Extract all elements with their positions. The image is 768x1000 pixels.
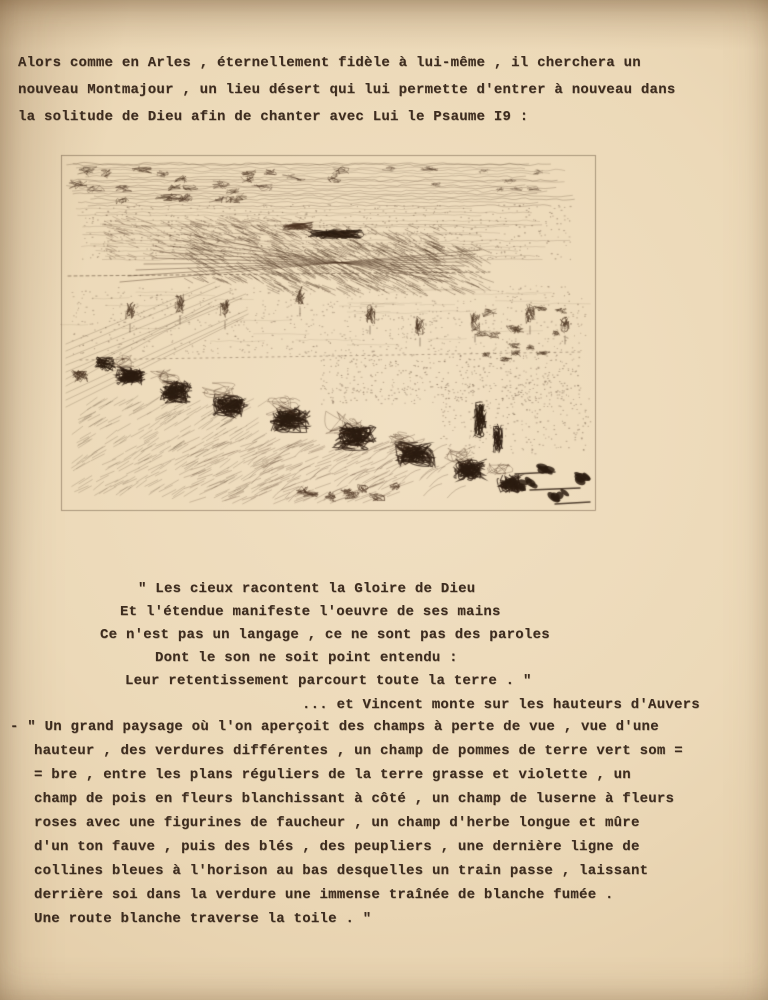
- text-line: hauteur , des verdures différentes , un …: [34, 739, 683, 763]
- text-line: " Les cieux racontent la Gloire de Dieu: [138, 578, 550, 601]
- etching-canvas: [60, 154, 597, 512]
- paragraph-letter-quote: - " Un grand paysage où l'on aperçoit de…: [10, 715, 683, 931]
- text-line: Leur retentissement parcourt toute la te…: [125, 670, 550, 693]
- text-line: champ de pois en fleurs blanchissant à c…: [34, 787, 683, 811]
- text-line: Dont le son ne soit point entendu :: [155, 647, 550, 670]
- text-line: derrière soi dans la verdure une immense…: [34, 883, 683, 907]
- text-line: collines bleues à l'horison au bas desqu…: [34, 859, 683, 883]
- text-line: roses avec une figurines de faucheur , u…: [34, 811, 683, 835]
- etching-landscape-illustration: [60, 154, 597, 512]
- text-line: Alors comme en Arles , éternellement fid…: [18, 50, 676, 77]
- text-line: = bre , entre les plans réguliers de la …: [34, 763, 683, 787]
- transition-line: ... et Vincent monte sur les hauteurs d'…: [302, 694, 700, 717]
- paragraph-intro: Alors comme en Arles , éternellement fid…: [18, 50, 676, 131]
- text-line: Une route blanche traverse la toile . ": [34, 907, 683, 931]
- text-line: - " Un grand paysage où l'on aperçoit de…: [10, 715, 683, 739]
- text-line: nouveau Montmajour , un lieu désert qui …: [18, 77, 676, 104]
- book-page: Alors comme en Arles , éternellement fid…: [0, 0, 768, 1000]
- psalm-quote: " Les cieux racontent la Gloire de DieuE…: [20, 578, 550, 693]
- text-line: Et l'étendue manifeste l'oeuvre de ses m…: [120, 601, 550, 624]
- text-line: Ce n'est pas un langage , ce ne sont pas…: [100, 624, 550, 647]
- text-line: la solitude de Dieu afin de chanter avec…: [18, 104, 676, 131]
- text-line: d'un ton fauve , puis des blés , des peu…: [34, 835, 683, 859]
